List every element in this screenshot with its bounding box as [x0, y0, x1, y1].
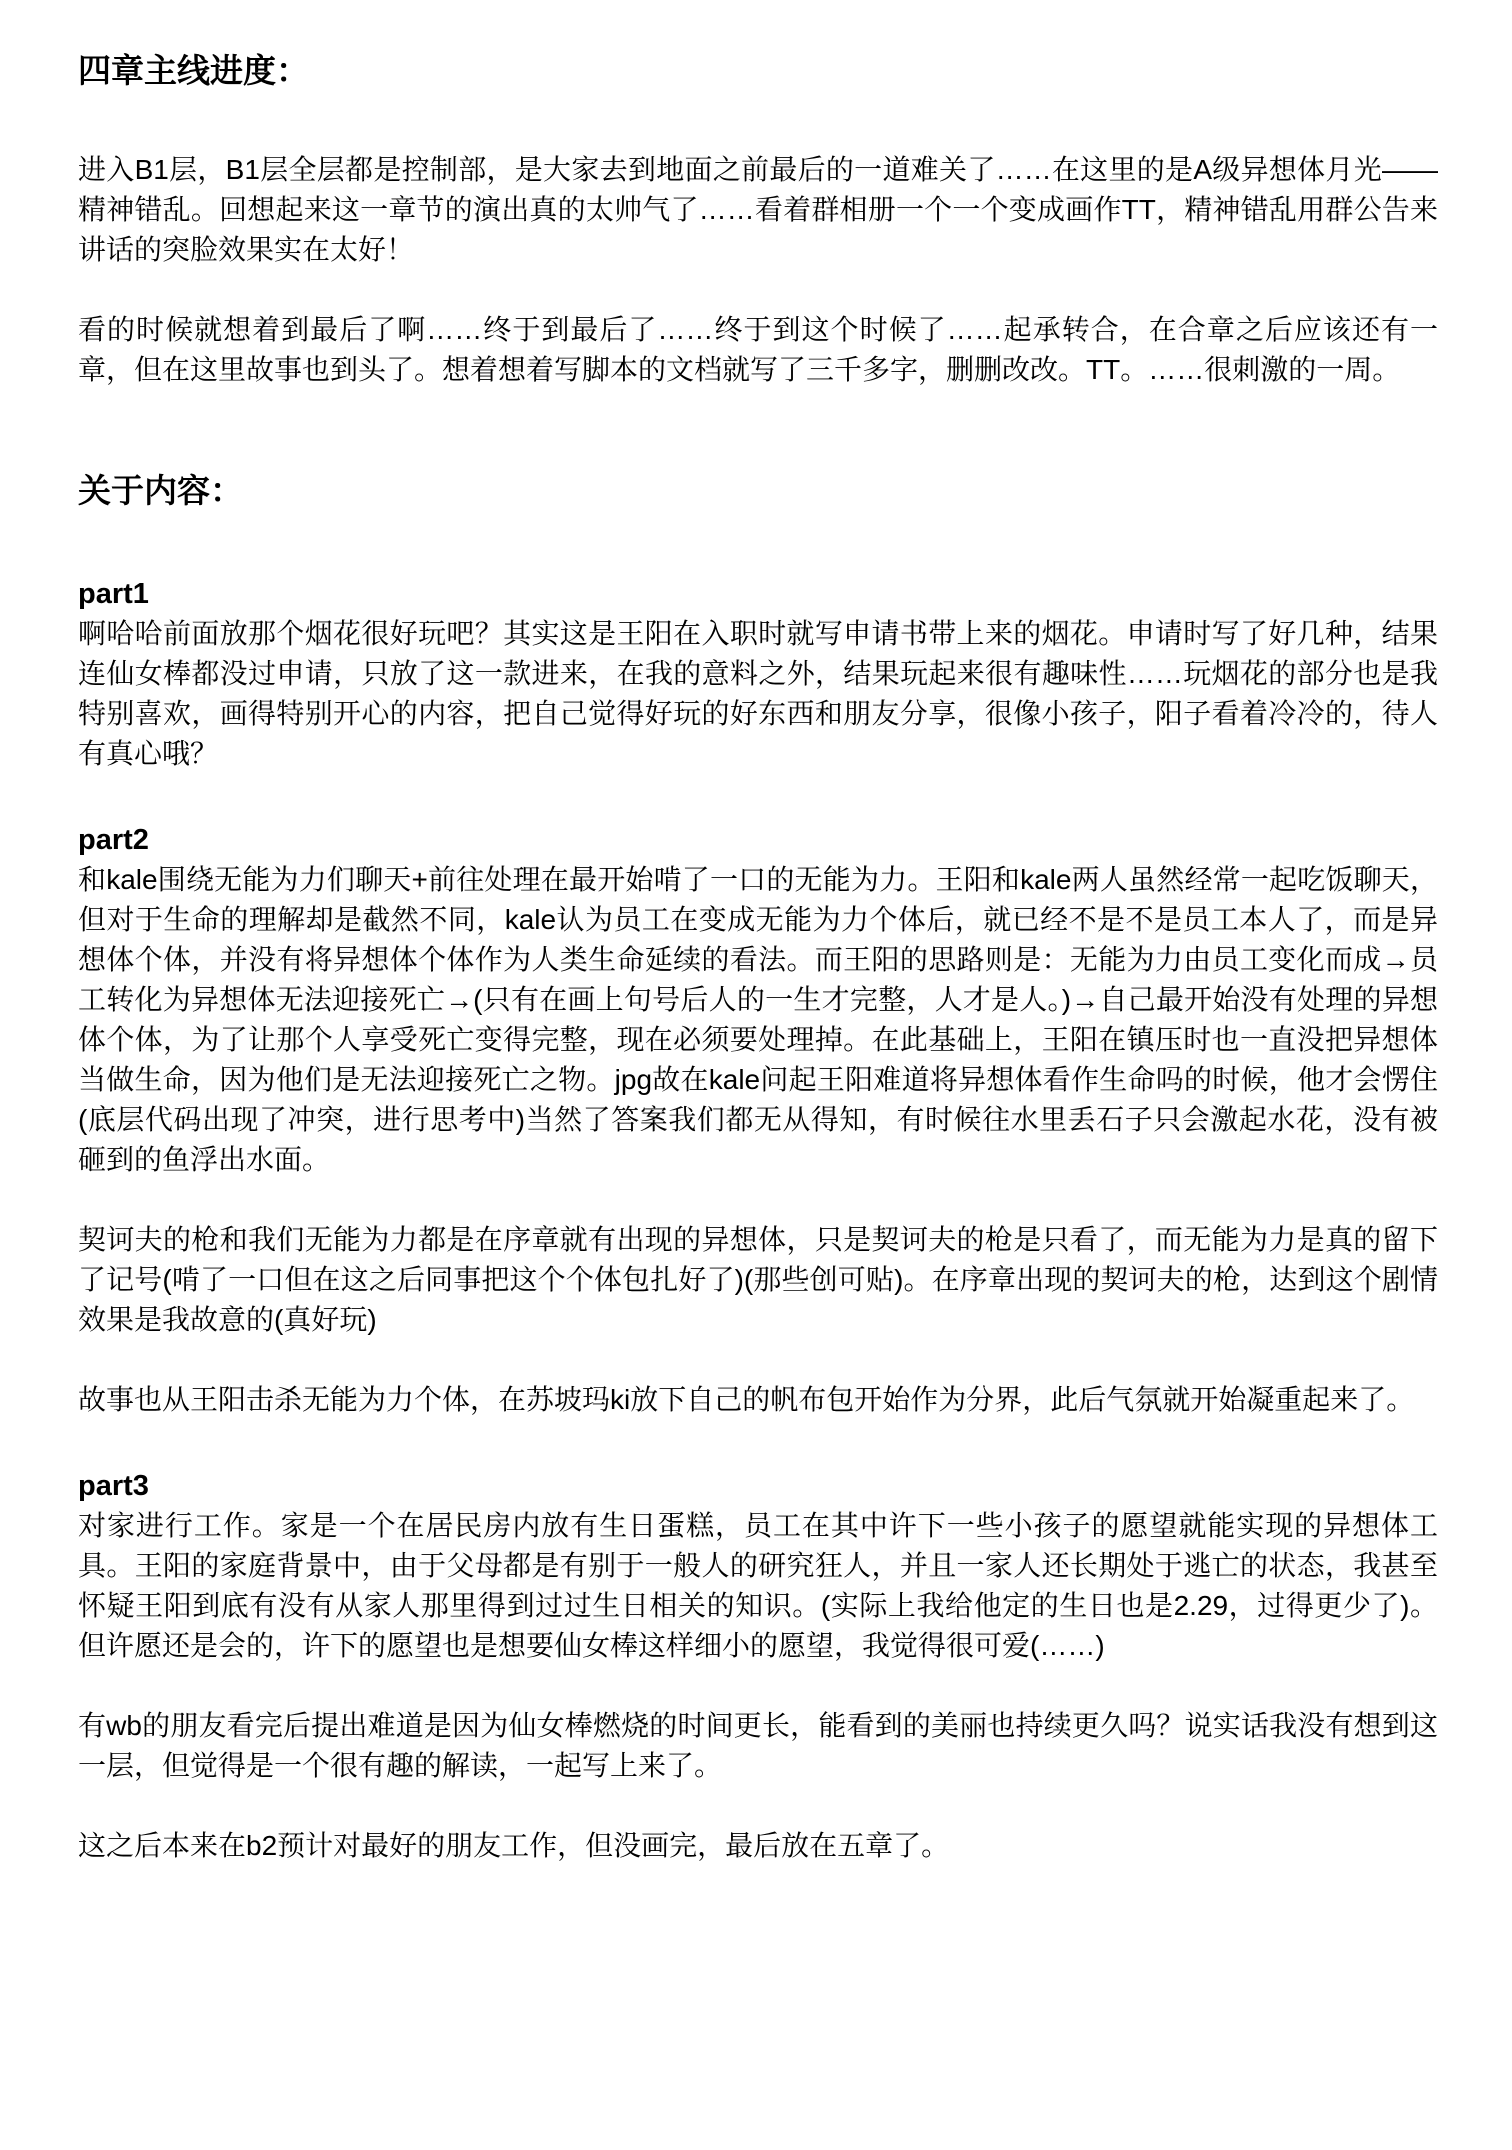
part3-paragraph-3: 这之后本来在b2预计对最好的朋友工作，但没画完，最后放在五章了。: [78, 1826, 1438, 1866]
part3-paragraph-1: 对家进行工作。家是一个在居民房内放有生日蛋糕，员工在其中许下一些小孩子的愿望就能…: [78, 1506, 1438, 1666]
progress-paragraph-2: 看的时候就想着到最后了啊……终于到最后了……终于到这个时候了……起承转合，在合章…: [78, 310, 1438, 390]
part2-paragraph-2: 契诃夫的枪和我们无能为力都是在序章就有出现的异想体，只是契诃夫的枪是只看了，而无…: [78, 1220, 1438, 1340]
section-heading-about-content: 关于内容：: [78, 470, 1438, 512]
part1-block: part1 啊哈哈前面放那个烟花很好玩吧？其实这是王阳在入职时就写申请书带上来的…: [78, 574, 1438, 774]
part2-label: part2: [78, 820, 1438, 860]
document-page: 四章主线进度： 进入B1层，B1层全层都是控制部，是大家去到地面之前最后的一道难…: [0, 0, 1512, 2150]
part2-paragraph-3: 故事也从王阳击杀无能为力个体，在苏坡玛ki放下自己的帆布包开始作为分界，此后气氛…: [78, 1380, 1438, 1420]
part3-paragraph-2: 有wb的朋友看完后提出难道是因为仙女棒燃烧的时间更长，能看到的美丽也持续更久吗？…: [78, 1706, 1438, 1786]
part3-block: part3 对家进行工作。家是一个在居民房内放有生日蛋糕，员工在其中许下一些小孩…: [78, 1466, 1438, 1866]
progress-paragraph-1: 进入B1层，B1层全层都是控制部，是大家去到地面之前最后的一道难关了……在这里的…: [78, 150, 1438, 270]
part2-block: part2 和kale围绕无能为力们聊天+前往处理在最开始啃了一口的无能为力。王…: [78, 820, 1438, 1420]
part2-paragraph-1: 和kale围绕无能为力们聊天+前往处理在最开始啃了一口的无能为力。王阳和kale…: [78, 860, 1438, 1180]
section-heading-chapter-progress: 四章主线进度：: [78, 50, 1438, 92]
part3-label: part3: [78, 1466, 1438, 1506]
part1-label: part1: [78, 574, 1438, 614]
part1-paragraph-1: 啊哈哈前面放那个烟花很好玩吧？其实这是王阳在入职时就写申请书带上来的烟花。申请时…: [78, 614, 1438, 774]
